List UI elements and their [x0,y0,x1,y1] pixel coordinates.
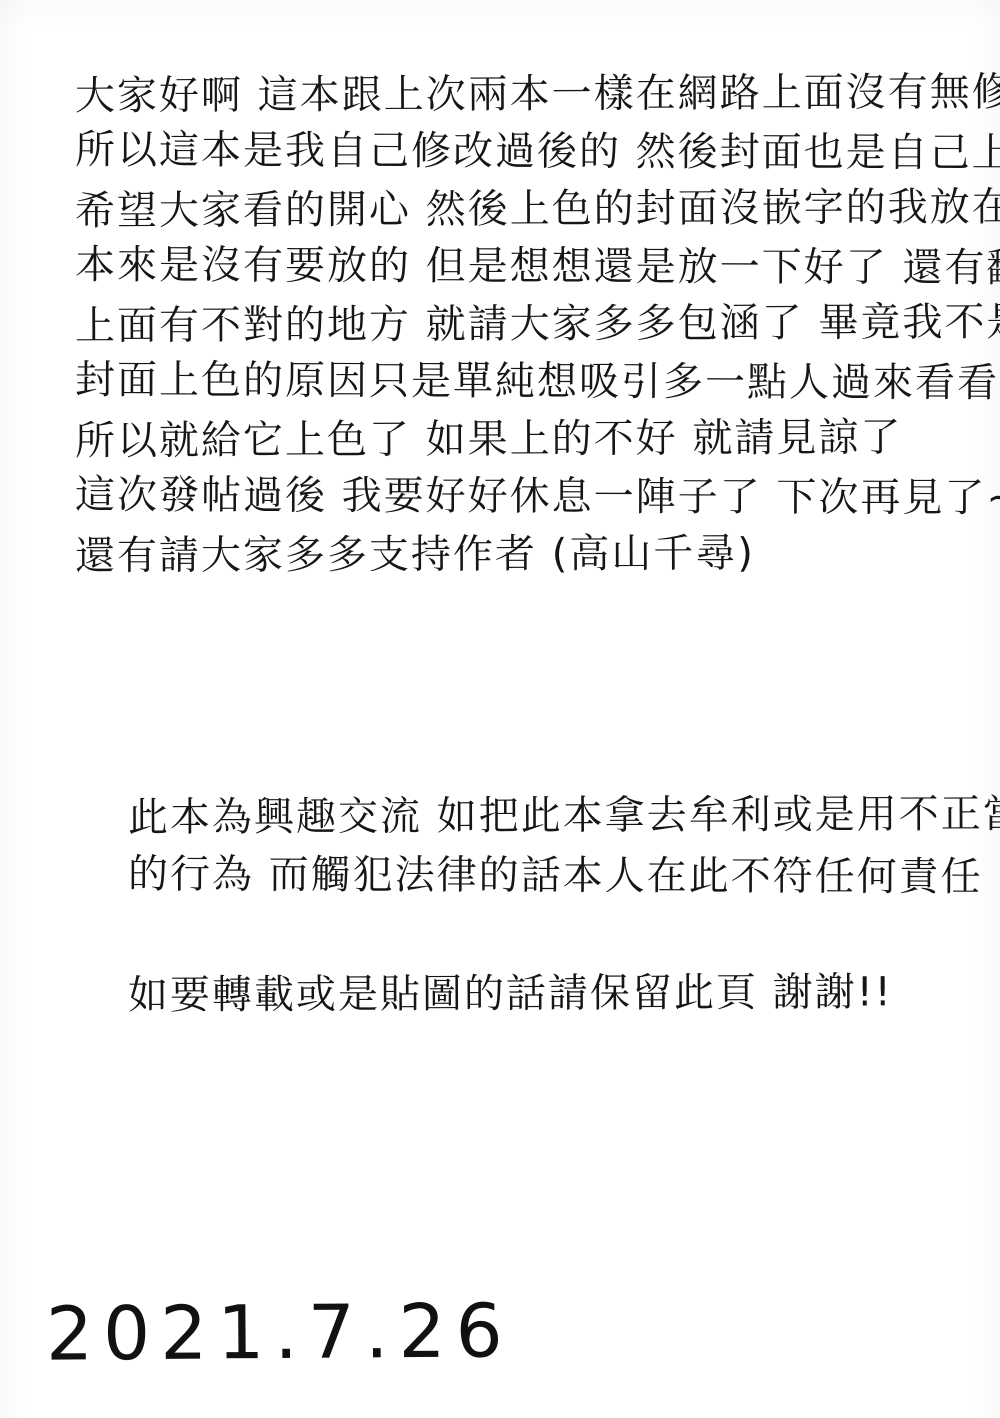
scanned-afterword-page: 大家好啊 這本跟上次兩本一樣在網路上面沒有無修正的 所以這本是我自己修改過後的 … [0,0,1000,1418]
text-line: 大家好啊 這本跟上次兩本一樣在網路上面沒有無修正的 [75,64,1000,126]
date-text: 2021.7.26 [46,1288,513,1377]
text-line: 這次發帖過後 我要好好休息一陣子了 下次再見了~ [75,467,1000,528]
text-line: 上面有不對的地方 就請大家多多包涵了 畢竟我不是專業的 [75,294,1000,356]
text-line: 封面上色的原因只是單純想吸引多一點人過來看看這本 [75,352,1000,413]
disclaimer-text: 此本為興趣交流 如把此本拿去牟利或是用不正當 的行為 而觸犯法律的話本人在此不符… [128,786,1000,906]
text-line: 所以就給它上色了 如果上的不好 就請見諒了 [75,409,1000,471]
afterword-text: 大家好啊 這本跟上次兩本一樣在網路上面沒有無修正的 所以這本是我自己修改過後的 … [75,66,1000,584]
text-line: 還有請大家多多支持作者 (高山千尋) [75,524,1000,586]
text-line: 的行為 而觸犯法律的話本人在此不符任何責任 [128,844,1000,907]
text-line: 此本為興趣交流 如把此本拿去牟利或是用不正當 [128,784,1000,848]
repost-note: 如要轉載或是貼圖的話請保留此頁 謝謝!! [128,966,893,1024]
text-line: 本來是沒有要放的 但是想想還是放一下好了 還有翻譯 [75,237,1000,298]
text-line: 希望大家看的開心 然後上色的封面沒嵌字的我放在最後 [75,179,1000,241]
text-line: 如要轉載或是貼圖的話請保留此頁 謝謝!! [128,964,893,1025]
text-line: 所以這本是我自己修改過後的 然後封面也是自己上色的 [75,122,1000,183]
